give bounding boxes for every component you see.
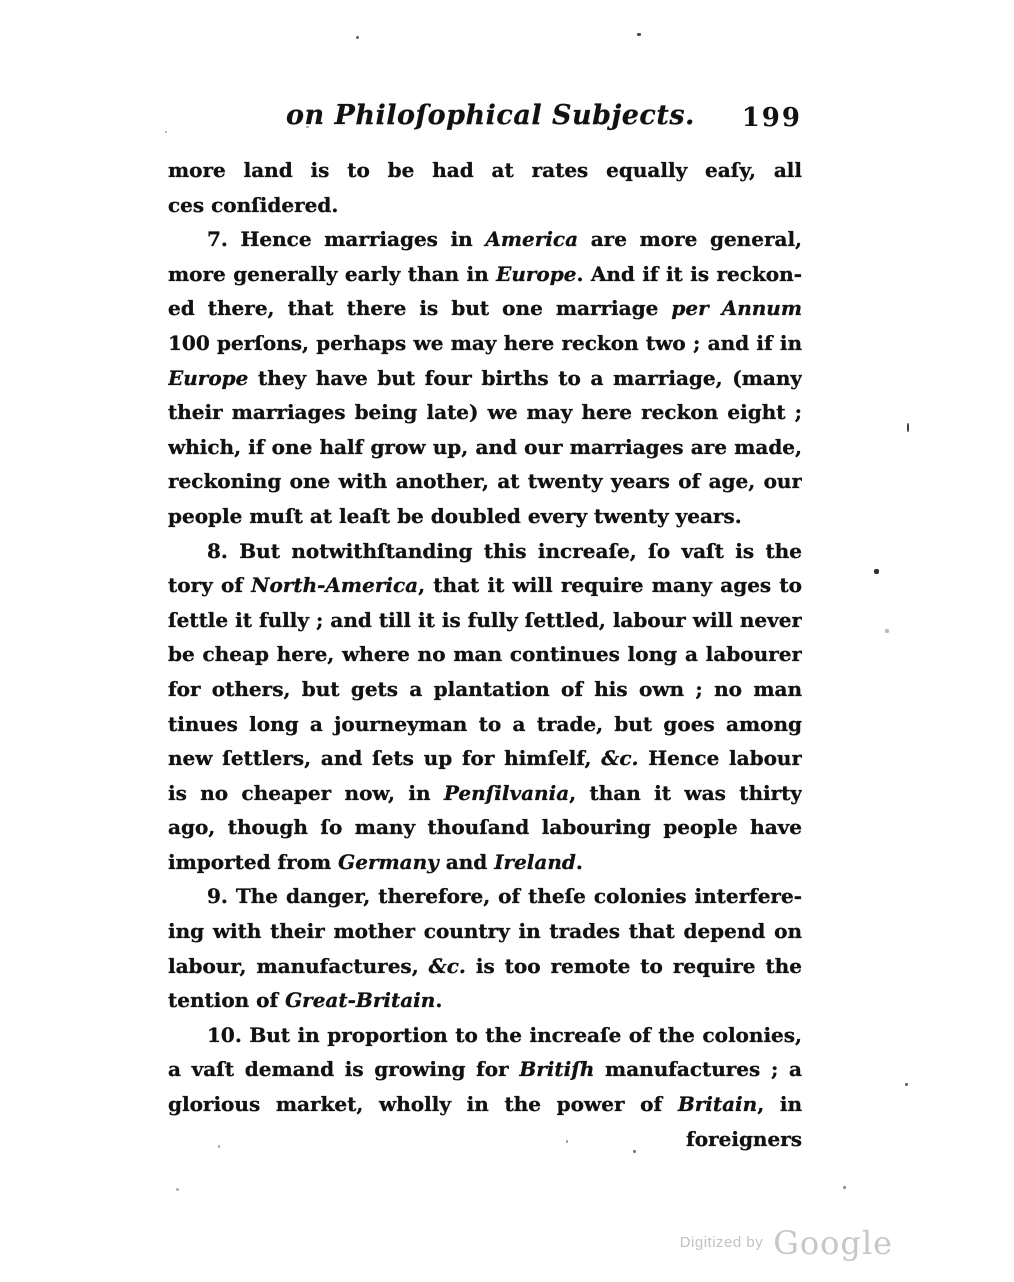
text-segment: tinues long a journeyman to a trade, but… [168,712,802,742]
text-line: people muſt at leaſt be doubled every tw… [168,499,802,534]
text-segment: imported from [168,850,338,874]
text-line: ing with their mother country in trades … [168,914,802,949]
text-line: foreigners [168,1122,802,1157]
text-segment: 9. The danger, therefore, of theſe colon… [207,884,802,908]
text-line: 8. But notwithſtanding this increaſe, ſo… [168,534,802,569]
scan-speck [356,36,359,39]
text-line: glorious market, wholly in the power of … [168,1087,802,1122]
scan-speck [874,569,879,574]
text-segment: tention of [168,988,285,1012]
text-segment: manufactures ; a [594,1057,802,1081]
text-line: 9. The danger, therefore, of theſe colon… [168,879,802,914]
italic-text-segment: Great-Britain [285,988,435,1012]
text-segment: ago, though ſo many thouſand labouring p… [168,815,802,845]
text-segment: 10. But in proportion to the increaſe of… [207,1023,802,1047]
scan-speck [637,33,641,36]
scan-speck [633,1150,636,1153]
text-segment: Hence labour [638,746,802,770]
digitized-by-label: Digitized by [680,1234,764,1251]
text-segment: . [435,988,442,1012]
text-line: imported from Germany and Ireland. [168,845,802,880]
text-line: labour, manufactures, &c. is too remote … [168,949,802,984]
text-line: 10. But in proportion to the increaſe of… [168,1018,802,1053]
italic-text-segment: &c. [429,954,466,978]
text-segment: tory of [168,573,251,597]
text-segment: ſettle it fully ; and till it is fully ſ… [168,608,802,632]
scan-speck [165,131,167,133]
text-line: ces conſidered. [168,188,802,223]
text-line: tinues long a journeyman to a trade, but… [168,707,802,742]
text-line: a vaſt demand is growing for Britiſh man… [168,1052,802,1087]
text-line: new ſettlers, and ſets up for himſelf, &… [168,741,802,776]
text-line: 7. Hence marriages in America are more g… [168,222,802,257]
text-segment: more generally early than in [168,262,496,286]
text-segment: foreigners [686,1127,802,1151]
text-segment: . And if it is reckon- [576,262,802,286]
text-segment: labour, manufactures, [168,954,429,978]
scan-speck [905,1083,908,1086]
watermark: Digitized byGoogle [680,1224,893,1262]
text-line: Europe they have but four births to a ma… [168,361,802,396]
text-segment: people muſt at leaſt be doubled every tw… [168,504,742,528]
text-line: tory of North-America, that it will requ… [168,568,802,603]
text-line: more generally early than in Europe. And… [168,257,802,292]
text-segment: ing with their mother country in trades … [168,919,802,943]
text-segment: and [439,850,494,874]
text-segment: . [576,850,583,874]
scan-speck [218,1145,220,1148]
text-line: tention of Great-Britain. [168,983,802,1018]
italic-text-segment: Penſilvania [444,781,569,805]
text-segment: 8. But notwithſtanding this increaſe, ſo… [207,539,802,569]
page-header: on Philoſophical Subjects. 199 [168,100,802,140]
text-segment: 100 perſons, perhaps we may here reckon … [168,331,802,355]
text-segment: , that it will require many ages to [418,573,802,597]
text-segment: 7. Hence marriages in [207,227,485,251]
italic-text-segment: Ireland [494,850,576,874]
text-line: ago, though ſo many thouſand labouring p… [168,810,802,845]
text-line: be cheap here, where no man continues lo… [168,637,802,672]
italic-text-segment: Europe [496,262,576,286]
italic-text-segment: per Annum [671,296,802,320]
text-line: their marriages being late) we may here … [168,395,802,430]
text-line: 100 perſons, perhaps we may here reckon … [168,326,802,361]
text-segment: be cheap here, where no man continues lo… [168,642,802,666]
scan-speck [885,629,889,633]
text-line: which, if one half grow up, and our marr… [168,430,802,465]
text-line: for others, but gets a plantation of his… [168,672,802,707]
scan-speck [566,1140,568,1143]
text-segment: more land is to be had at rates equally … [168,158,802,188]
italic-text-segment: America [485,227,578,251]
italic-text-segment: North-America [251,573,418,597]
scan-speck [907,423,909,432]
text-segment: new ſettlers, and ſets up for himſelf, [168,746,601,770]
text-segment: ces conſidered. [168,193,338,217]
text-segment: reckoning one with another, at twenty ye… [168,469,802,493]
text-segment: their marriages being late) we may here … [168,400,802,430]
text-line: ed there, that there is but one marriage… [168,291,802,326]
text-segment: for others, but gets a plantation of his… [168,677,802,707]
running-title: on Philoſophical Subjects. [286,100,695,131]
page-body-text: more land is to be had at rates equally … [168,153,802,1156]
text-segment: which, if one half grow up, and our marr… [168,435,802,459]
page-number: 199 [742,103,802,133]
scan-speck [306,126,309,128]
google-logo: Google [773,1224,893,1262]
text-segment: glorious market, wholly in the power of [168,1092,678,1116]
italic-text-segment: Britiſh [519,1057,594,1081]
text-line: is no cheaper now, in Penſilvania, than … [168,776,802,811]
italic-text-segment: Germany [338,850,439,874]
text-segment: ed there, that there is but one marriage [168,296,671,320]
text-segment: is no cheaper now, in [168,781,444,805]
italic-text-segment: Europe [168,366,248,390]
italic-text-segment: &c. [601,746,638,770]
scanned-book-page: on Philoſophical Subjects. 199 more land… [0,0,1014,1282]
scan-speck [843,1186,846,1189]
scan-speck [176,1188,179,1191]
italic-text-segment: Britain [678,1092,757,1116]
text-line: more land is to be had at rates equally … [168,153,802,188]
text-line: ſettle it fully ; and till it is fully ſ… [168,603,802,638]
text-segment: they have but four births to a marriage,… [168,366,802,396]
text-line: reckoning one with another, at twenty ye… [168,464,802,499]
text-segment: a vaſt demand is growing for [168,1057,519,1081]
